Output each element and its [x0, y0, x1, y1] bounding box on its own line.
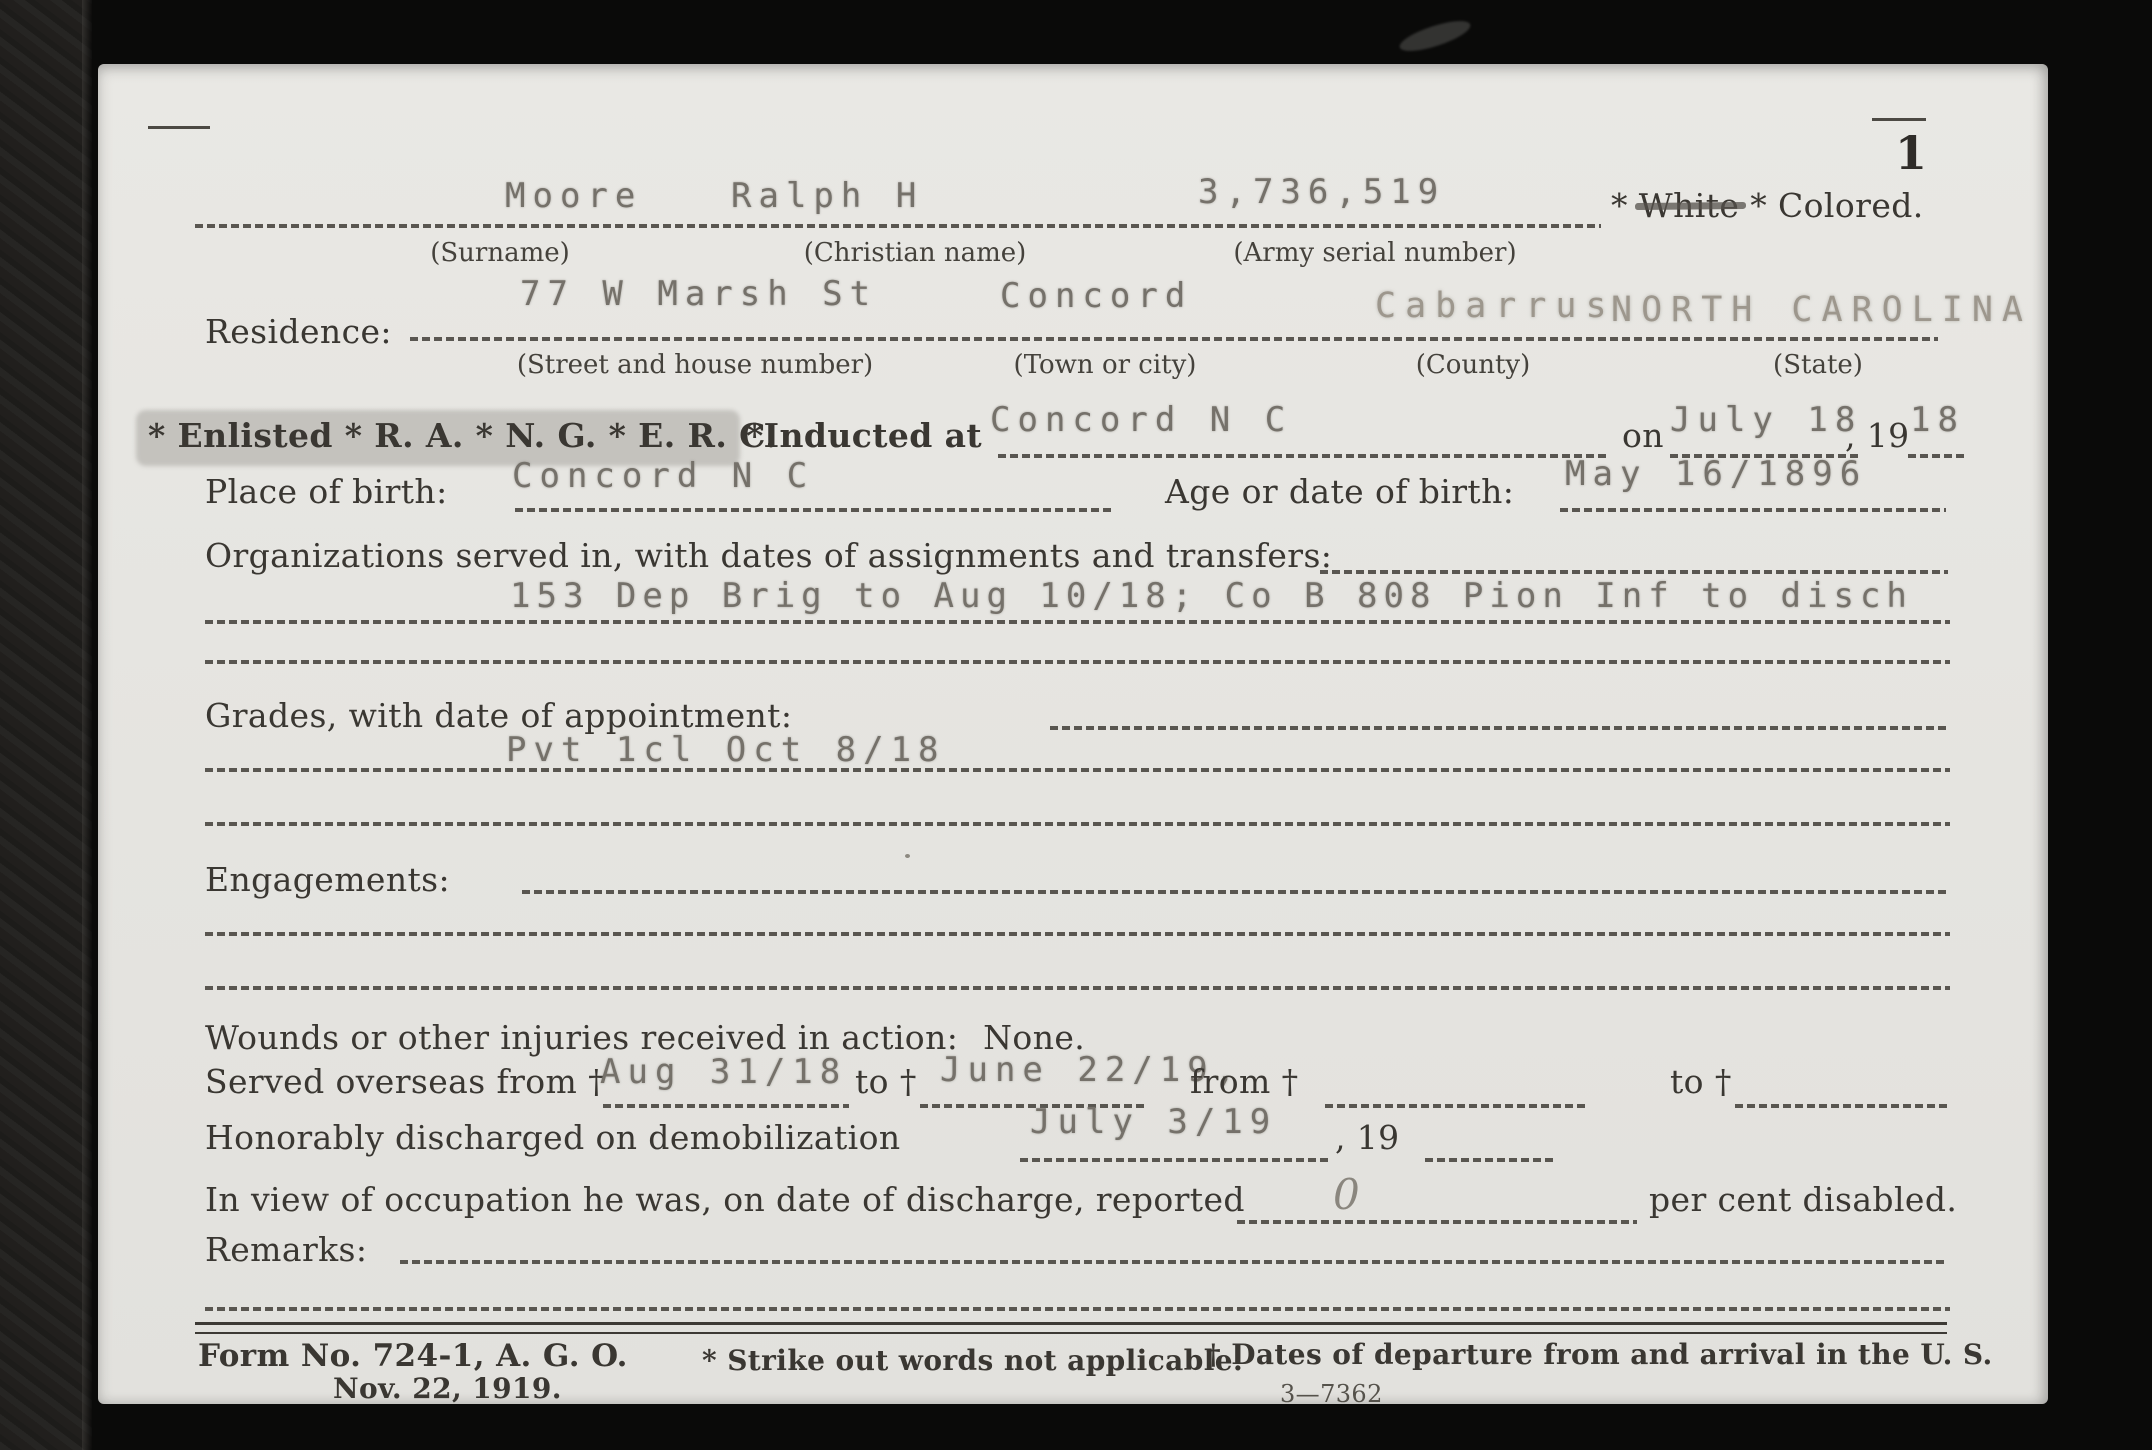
footnote-strike: * Strike out words not applicable.	[702, 1344, 1243, 1377]
date-of-birth-value: May 16/1896	[1565, 454, 1867, 494]
serial-number-label: (Army serial number)	[1233, 238, 1516, 268]
dotted-rule	[205, 986, 1950, 990]
scan-smudge-artifact	[1397, 15, 1474, 57]
organizations-value: 153 Dep Brig to Aug 10/18; Co B 808 Pion…	[510, 576, 1913, 616]
dotted-rule	[195, 224, 1601, 228]
state-label: (State)	[1773, 350, 1863, 380]
inducted-place-value: Concord N C	[990, 400, 1292, 440]
overseas-to2-label: to †	[1670, 1062, 1732, 1101]
overseas-from1-value: Aug 31/18	[600, 1052, 847, 1092]
on-label: on	[1622, 416, 1664, 455]
surname-value: Moore	[505, 176, 642, 216]
organizations-label: Organizations served in, with dates of a…	[205, 536, 1332, 575]
footnote-dagger: † Dates of departure from and arrival in…	[1206, 1338, 1993, 1371]
engagements-label: Engagements:	[205, 860, 450, 899]
overseas-to-label: to †	[855, 1062, 917, 1101]
dotted-rule	[1020, 1158, 1330, 1162]
remarks-label: Remarks:	[205, 1230, 367, 1269]
race-colored-label: Colored.	[1778, 186, 1924, 225]
dotted-rule	[400, 1260, 1948, 1264]
dotted-rule	[205, 660, 1950, 664]
race-star-2: *	[1750, 186, 1767, 225]
dotted-rule	[1325, 1104, 1589, 1108]
dotted-rule	[1735, 1104, 1948, 1108]
dotted-rule	[205, 1307, 1950, 1311]
discharge-label: Honorably discharged on demobilization	[205, 1118, 901, 1157]
serial-number-value: 3,736,519	[1198, 172, 1445, 212]
page-number-overline	[1872, 118, 1926, 121]
town-label: (Town or city)	[1014, 350, 1197, 380]
street-label: (Street and house number)	[517, 350, 873, 380]
dotted-rule	[1908, 454, 1966, 458]
race-star-1: *	[1611, 186, 1628, 225]
county-value: Cabarrus	[1375, 286, 1616, 326]
scanned-service-record-page: 1 Moore Ralph H 3,736,519 * White * Colo…	[0, 0, 2152, 1450]
dotted-rule	[1425, 1158, 1555, 1162]
dotted-rule	[1560, 508, 1946, 512]
dotted-rule	[603, 1104, 849, 1108]
county-label: (County)	[1416, 350, 1530, 380]
service-record-card: 1 Moore Ralph H 3,736,519 * White * Colo…	[98, 64, 2048, 1404]
inducted-at-label: *Inducted at	[746, 416, 982, 455]
induction-year-value: 18	[1910, 400, 1965, 440]
enlistment-options: * Enlisted * R. A. * N. G. * E. R. C.	[148, 416, 777, 455]
paper-fleck	[905, 854, 910, 858]
overseas-from2-label: from †	[1190, 1062, 1299, 1101]
dotted-rule	[1050, 726, 1948, 730]
place-of-birth-value: Concord N C	[512, 456, 814, 496]
dotted-rule	[1320, 570, 1948, 574]
form-date: Nov. 22, 1919.	[333, 1372, 562, 1405]
book-spine-edge	[0, 0, 92, 1450]
dotted-rule	[410, 337, 1938, 341]
disability-suffix: per cent disabled.	[1649, 1180, 1957, 1219]
disability-label: In view of occupation he was, on date of…	[205, 1180, 1245, 1219]
pencil-mark-line	[148, 126, 210, 129]
race-white-option: White	[1639, 186, 1740, 225]
overseas-from-label: Served overseas from †	[205, 1062, 605, 1101]
surname-label: (Surname)	[430, 238, 570, 268]
induction-date-value: July 18	[1670, 400, 1862, 440]
page-number: 1	[1895, 126, 1927, 180]
grades-value: Pvt 1cl Oct 8/18	[506, 730, 946, 770]
christian-name-value: Ralph H	[731, 176, 923, 216]
town-value: Concord	[1000, 276, 1192, 316]
christian-name-label: (Christian name)	[804, 238, 1027, 268]
discharge-date-value: July 3/19	[1030, 1102, 1277, 1142]
print-code: 3—7362	[1280, 1380, 1383, 1408]
year-printed-prefix: , 19	[1845, 416, 1910, 455]
residence-label: Residence:	[205, 312, 392, 351]
race-selection: * White * Colored.	[1611, 186, 1924, 225]
discharge-year-printed: , 19	[1335, 1118, 1400, 1157]
disability-percent-value: 0	[1333, 1170, 1360, 1219]
dotted-rule	[515, 508, 1115, 512]
age-or-date-of-birth-label: Age or date of birth:	[1165, 472, 1514, 511]
dotted-rule	[998, 454, 1610, 458]
dotted-rule	[205, 620, 1950, 624]
double-rule	[195, 1322, 1947, 1334]
dotted-rule	[205, 768, 1950, 772]
dotted-rule	[205, 932, 1950, 936]
dotted-rule	[205, 822, 1950, 826]
place-of-birth-label: Place of birth:	[205, 472, 448, 511]
form-number: Form No. 724-1, A. G. O.	[198, 1338, 628, 1374]
state-value: NORTH CAROLINA	[1611, 290, 2032, 330]
dotted-rule	[522, 890, 1948, 894]
street-value: 77 W Marsh St	[520, 274, 877, 314]
dotted-rule	[1237, 1220, 1637, 1224]
